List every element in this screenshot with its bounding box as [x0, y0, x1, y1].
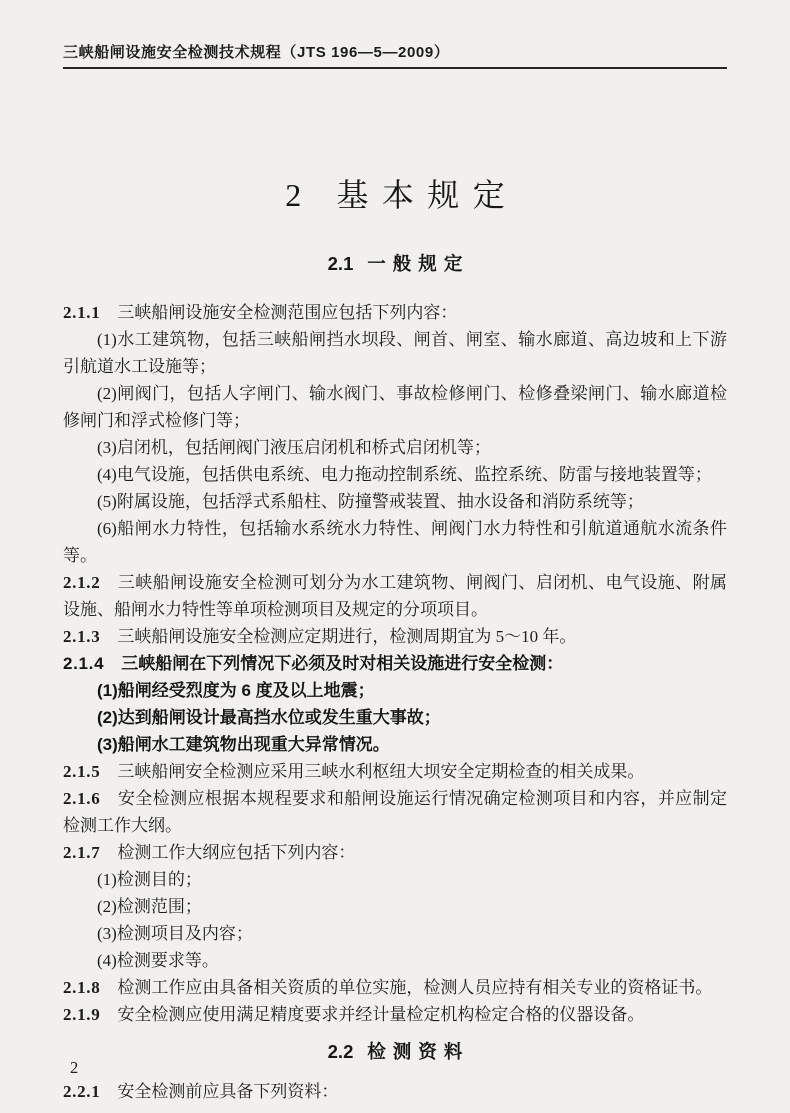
- clause-number: 2.1.1: [63, 303, 100, 322]
- clause-number: 2.1.9: [63, 1005, 100, 1024]
- clause-2.1.1: 2.1.1三峡船闸设施安全检测范围应包括下列内容：: [63, 299, 727, 326]
- list-item: (2)达到船闸设计最高挡水位或发生重大事故；: [63, 704, 727, 731]
- clause-2.1.2: 2.1.2三峡船闸设施安全检测可划分为水工建筑物、闸阀门、启闭机、电气设施、附属…: [63, 569, 727, 623]
- clause-number: 2.1.7: [63, 843, 100, 862]
- document-body: 2.1一般规定2.1.1三峡船闸设施安全检测范围应包括下列内容：(1)水工建筑物…: [63, 253, 727, 1105]
- section-heading-2.2: 2.2检测资料: [63, 1041, 727, 1062]
- section-title-text: 一般规定: [367, 253, 469, 274]
- clause-number: 2.1.8: [63, 978, 100, 997]
- list-item: (4)检测要求等。: [63, 947, 727, 974]
- clause-2.1.3: 2.1.3三峡船闸设施安全检测应定期进行，检测周期宜为 5～10 年。: [63, 623, 727, 650]
- running-header: 三峡船闸设施安全检测技术规程（JTS 196—5—2009）: [63, 44, 727, 69]
- clause-2.1.9: 2.1.9安全检测应使用满足精度要求并经计量检定机构检定合格的仪器设备。: [63, 1001, 727, 1028]
- clause-number: 2.2.1: [63, 1082, 100, 1101]
- section-title-text: 检测资料: [367, 1041, 469, 1062]
- section-heading-2.1: 2.1一般规定: [63, 253, 727, 274]
- section-number: 2.2: [328, 1041, 354, 1062]
- clause-number: 2.1.3: [63, 627, 100, 646]
- list-item: (3)船闸水工建筑物出现重大异常情况。: [63, 731, 727, 758]
- clause-number: 2.1.4: [63, 654, 104, 673]
- chapter-title-text: 基本规定: [336, 177, 518, 213]
- list-item: (5)附属设施，包括浮式系船柱、防撞警戒装置、抽水设备和消防系统等；: [63, 488, 727, 515]
- list-item: (1)船闸经受烈度为 6 度及以上地震；: [63, 677, 727, 704]
- running-header-text: 三峡船闸设施安全检测技术规程（JTS 196—5—2009）: [63, 44, 727, 62]
- clause-number: 2.1.5: [63, 762, 100, 781]
- clause-number: 2.1.2: [63, 573, 100, 592]
- list-item: (2)闸阀门，包括人字闸门、输水阀门、事故检修闸门、检修叠梁闸门、输水廊道检修闸…: [63, 380, 727, 434]
- clause-number: 2.1.6: [63, 789, 100, 808]
- list-item: (1)水工建筑物，包括三峡船闸挡水坝段、闸首、闸室、输水廊道、高边坡和上下游引航…: [63, 326, 727, 380]
- list-item: (6)船闸水力特性，包括输水系统水力特性、闸阀门水力特性和引航道通航水流条件等。: [63, 515, 727, 569]
- section-number: 2.1: [328, 253, 354, 274]
- clause-2.1.7: 2.1.7检测工作大纲应包括下列内容：: [63, 839, 727, 866]
- clause-2.1.5: 2.1.5三峡船闸安全检测应采用三峡水利枢纽大坝安全定期检查的相关成果。: [63, 758, 727, 785]
- page-number: 2: [70, 1058, 78, 1078]
- clause-2.1.6: 2.1.6安全检测应根据本规程要求和船闸设施运行情况确定检测项目和内容，并应制定…: [63, 785, 727, 839]
- document-page: 三峡船闸设施安全检测技术规程（JTS 196—5—2009） 2基本规定 2.1…: [0, 0, 790, 1113]
- chapter-number: 2: [285, 177, 301, 213]
- clause-2.1.4: 2.1.4三峡船闸在下列情况下必须及时对相关设施进行安全检测：: [63, 650, 727, 677]
- clause-2.2.1: 2.2.1安全检测前应具备下列资料：: [63, 1078, 727, 1105]
- list-item: (3)启闭机，包括闸阀门液压启闭机和桥式启闭机等；: [63, 434, 727, 461]
- list-item: (1)检测目的；: [63, 866, 727, 893]
- list-item: (2)检测范围；: [63, 893, 727, 920]
- list-item: (4)电气设施，包括供电系统、电力拖动控制系统、监控系统、防雷与接地装置等；: [63, 461, 727, 488]
- chapter-title: 2基本规定: [63, 177, 727, 213]
- header-rule: [63, 67, 727, 69]
- list-item: (3)检测项目及内容；: [63, 920, 727, 947]
- clause-2.1.8: 2.1.8检测工作应由具备相关资质的单位实施，检测人员应持有相关专业的资格证书。: [63, 974, 727, 1001]
